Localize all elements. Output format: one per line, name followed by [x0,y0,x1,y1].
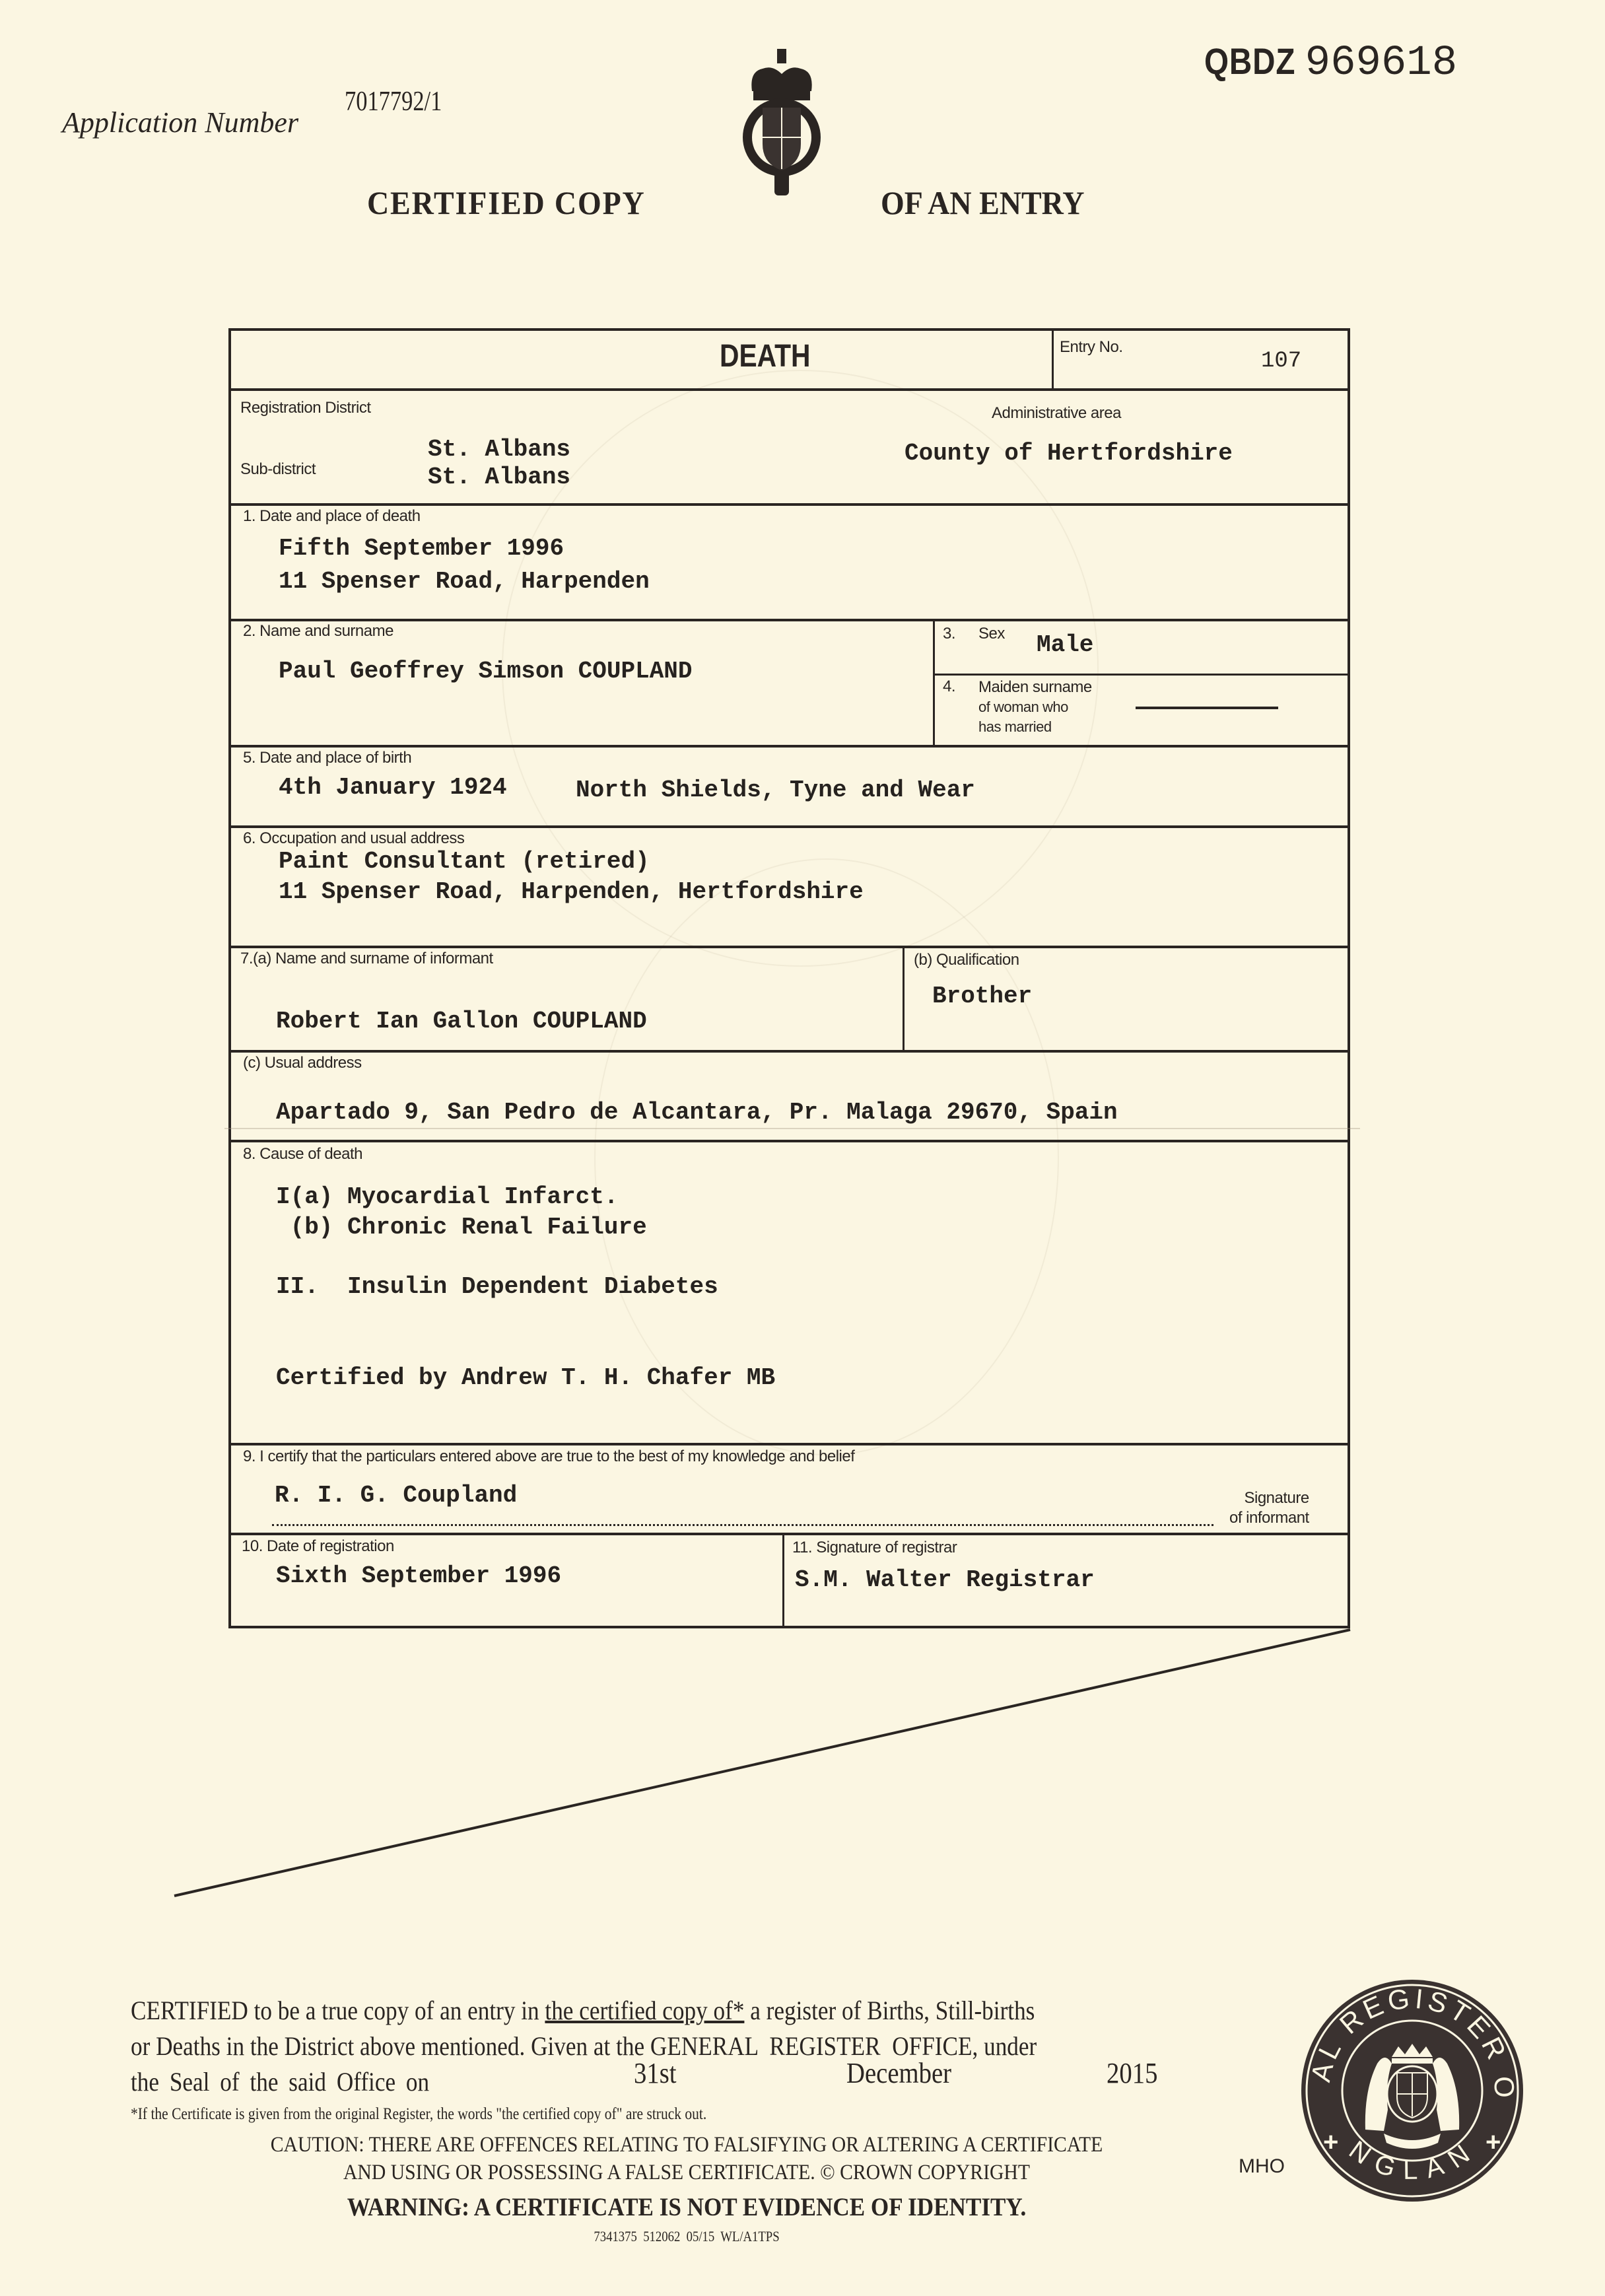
identity-warning: WARNING: A CERTIFICATE IS NOT EVIDENCE O… [164,2192,1210,2222]
general-register-office-seal-icon: GENERAL REGISTER OFFICE ENGLAND + + [1299,1978,1525,2204]
given-month: December [846,2056,951,2090]
caution-line-1: CAUTION: THERE ARE OFFENCES RELATING TO … [164,2133,1210,2157]
certification-line-1: CERTIFIED to be a true copy of an entry … [131,1993,1037,2029]
form-code: 7341375 512062 05/15 WL/A1TPS [193,2228,1180,2245]
diagonal-cancellation-line [0,0,1605,2296]
caution-line-2: AND USING OR POSSESSING A FALSE CERTIFIC… [164,2161,1210,2185]
certified-copy-underlined: the certified copy of* [545,1996,744,2025]
svg-text:+: + [1323,2128,1338,2157]
given-day: 31st [634,2056,677,2090]
office-code: MHO [1239,2155,1285,2178]
footnote: *If the Certificate is given from the or… [131,2105,706,2124]
svg-text:+: + [1485,2128,1501,2157]
given-year: 2015 [1107,2056,1157,2090]
